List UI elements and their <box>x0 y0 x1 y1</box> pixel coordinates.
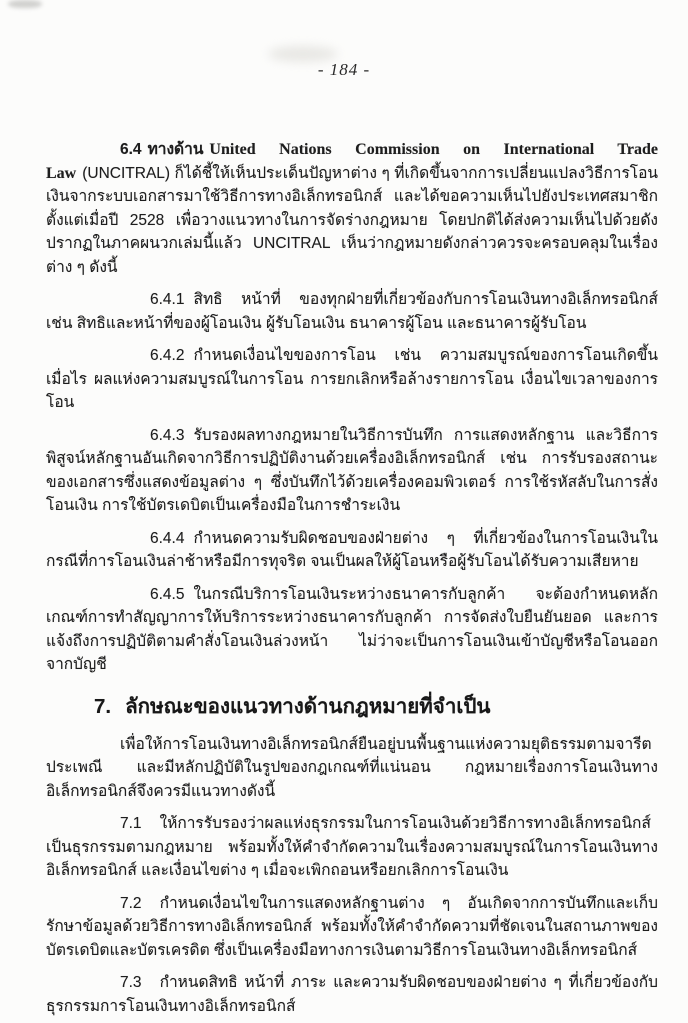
page-number: - 184 - <box>0 60 688 80</box>
item-number: 6.4.2 <box>150 347 184 364</box>
item-text: รับรองผลทางกฎหมายในวิธีการบันทึก การแสดง… <box>46 427 658 515</box>
section-6-4-lead: ทางด้าน <box>148 141 204 158</box>
item-text: สิทธิ หน้าที่ ของทุกฝ่ายที่เกี่ยวข้องกับ… <box>46 291 658 332</box>
paragraph-6-4-1: 6.4.1สิทธิ หน้าที่ ของทุกฝ่ายที่เกี่ยวข้… <box>46 288 658 335</box>
paragraph-7-intro: เพื่อให้การโอนเงินทางอิเล็กทรอนิกส์ยืนอย… <box>46 733 658 804</box>
section-7-title: ลักษณะของแนวทางด้านกฎหมายที่จำเป็น <box>125 695 490 718</box>
item-number: 6.4.3 <box>150 427 184 444</box>
item-text: กำหนดเงื่อนไขของการโอน เช่น ความสมบูรณ์ข… <box>46 347 658 411</box>
paragraph-6-4-2: 6.4.2กำหนดเงื่อนไขของการโอน เช่น ความสมบ… <box>46 344 658 415</box>
paragraph-6-4-3: 6.4.3รับรองผลทางกฎหมายในวิธีการบันทึก กา… <box>46 424 658 518</box>
section-7-intro-text: เพื่อให้การโอนเงินทางอิเล็กทรอนิกส์ยืนอย… <box>46 736 658 800</box>
paragraph-6-4: 6.4ทางด้านUnited Nations Commission on I… <box>46 138 658 279</box>
section-7-heading: 7.ลักษณะของแนวทางด้านกฎหมายที่จำเป็น <box>46 694 658 720</box>
item-number: 6.4.5 <box>150 586 184 603</box>
document-body: 6.4ทางด้านUnited Nations Commission on I… <box>46 138 658 1023</box>
section-7-number: 7. <box>94 695 111 718</box>
section-6-4-number: 6.4 <box>120 141 142 158</box>
item-number: 6.4.1 <box>150 291 184 308</box>
scanned-page: { "page_number": "- 184 -", "colors": { … <box>0 0 688 1023</box>
paragraph-7-1: 7.1ให้การรับรองว่าผลแห่งธุรกรรมในการโอนเ… <box>46 812 658 883</box>
paragraph-6-4-5: 6.4.5ในกรณีบริการโอนเงินระหว่างธนาคารกับ… <box>46 583 658 677</box>
scan-artifact-smudge <box>8 0 42 8</box>
item-number: 7.1 <box>120 815 142 832</box>
section-6-4-body: (UNCITRAL) ก็ได้ชี้ให้เห็นประเด็นปัญหาต่… <box>46 165 658 276</box>
paragraph-7-2: 7.2กำหนดเงื่อนไขในการแสดงหลักฐานต่าง ๆ อ… <box>46 892 658 963</box>
paragraph-7-3: 7.3กำหนดสิทธิ หน้าที่ ภาระ และความรับผิด… <box>46 971 658 1018</box>
item-number: 7.2 <box>120 895 142 912</box>
item-number: 6.4.4 <box>150 530 184 547</box>
item-text: กำหนดความรับผิดชอบของฝ่ายต่าง ๆ ที่เกี่ย… <box>46 530 658 571</box>
item-number: 7.3 <box>120 974 142 991</box>
paragraph-6-4-4: 6.4.4กำหนดความรับผิดชอบของฝ่ายต่าง ๆ ที่… <box>46 527 658 574</box>
item-text: ในกรณีบริการโอนเงินระหว่างธนาคารกับลูกค้… <box>46 586 658 674</box>
